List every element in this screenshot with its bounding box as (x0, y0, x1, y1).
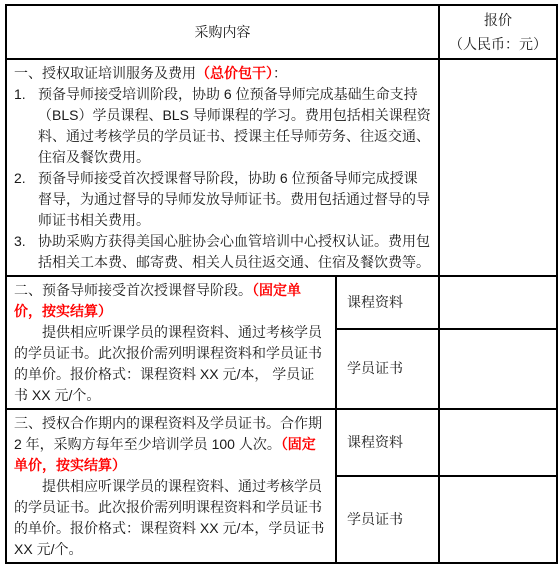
section-one-title-colon: ： (273, 65, 287, 81)
procurement-content-header-cell: 采购内容 (6, 5, 439, 59)
section-three-title-text: 三、授权合作期内的课程资料及学员证书。合作期 2 年，采购方每年至少培训学员 1… (14, 415, 322, 452)
header-row: 采购内容 报价 （人民币：元） (6, 5, 557, 59)
section-one-quote-cell[interactable] (439, 59, 557, 276)
item-number: 3. (14, 231, 38, 273)
section-three-course-materials-label-cell: 课程资料 (336, 409, 439, 476)
course-materials-label: 课程资料 (347, 434, 403, 450)
section-one-title: 一、授权取证培训服务及费用（总价包干）： (14, 63, 431, 84)
quote-header-title: 报价 (442, 8, 554, 32)
section-two-course-materials-label-cell: 课程资料 (336, 276, 439, 329)
section-three-content-cell: 三、授权合作期内的课程资料及学员证书。合作期 2 年，采购方每年至少培训学员 1… (6, 409, 336, 563)
item-number: 1. (14, 84, 38, 168)
section-two-title: 二、预备导师接受首次授课督导阶段。（固定单价，按实结算） (14, 280, 328, 322)
section-three-student-certificate-quote-cell[interactable] (439, 476, 557, 563)
quote-header-currency-unit: （人民币：元） (442, 32, 554, 56)
section-one-item-3: 3. 协助采购方获得美国心脏协会心血管培训中心授权认证。费用包括相关工本费、邮寄… (14, 231, 431, 273)
section-three-paragraph: 提供相应听课学员的课程资料、通过考核学员的学员证书。此次报价需列明课程资料和学员… (14, 476, 328, 560)
section-two-content-cell: 二、预备导师接受首次授课督导阶段。（固定单价，按实结算） 提供相应听课学员的课程… (6, 276, 336, 409)
section-one-item-2: 2. 预备导师接受首次授课督导阶段，协助 6 位预备导师完成授课督导，为通过督导… (14, 168, 431, 231)
course-materials-label: 课程资料 (347, 294, 403, 310)
section-two-paragraph: 提供相应听课学员的课程资料、通过考核学员的学员证书。此次报价需列明课程资料和学员… (14, 322, 328, 406)
section-two-row-course-materials: 二、预备导师接受首次授课督导阶段。（固定单价，按实结算） 提供相应听课学员的课程… (6, 276, 557, 329)
quote-header-cell: 报价 （人民币：元） (439, 5, 557, 59)
item-text: 预备导师接受培训阶段，协助 6 位预备导师完成基础生命支持（BLS）学员课程、B… (38, 84, 431, 168)
item-text: 预备导师接受首次授课督导阶段，协助 6 位预备导师完成授课督导，为通过督导的导师… (38, 168, 431, 231)
section-one-lump-sum-note: （总价包干） (196, 65, 273, 81)
item-number: 2. (14, 168, 38, 231)
section-one-content-cell: 一、授权取证培训服务及费用（总价包干）： 1. 预备导师接受培训阶段，协助 6 … (6, 59, 439, 276)
student-certificate-label: 学员证书 (347, 511, 403, 527)
section-one-row: 一、授权取证培训服务及费用（总价包干）： 1. 预备导师接受培训阶段，协助 6 … (6, 59, 557, 276)
section-three-course-materials-quote-cell[interactable] (439, 409, 557, 476)
section-two-course-materials-quote-cell[interactable] (439, 276, 557, 329)
section-three-student-certificate-label-cell: 学员证书 (336, 476, 439, 563)
procurement-quote-table: 采购内容 报价 （人民币：元） 一、授权取证培训服务及费用（总价包干）： 1. … (5, 4, 558, 564)
section-three-row-course-materials: 三、授权合作期内的课程资料及学员证书。合作期 2 年，采购方每年至少培训学员 1… (6, 409, 557, 476)
section-one-item-1: 1. 预备导师接受培训阶段，协助 6 位预备导师完成基础生命支持（BLS）学员课… (14, 84, 431, 168)
section-two-student-certificate-quote-cell[interactable] (439, 329, 557, 409)
section-one-title-text: 一、授权取证培训服务及费用 (14, 65, 196, 81)
procurement-content-header-label: 采购内容 (195, 24, 251, 40)
section-two-title-text: 二、预备导师接受首次授课督导阶段。 (14, 282, 252, 298)
section-two-student-certificate-label-cell: 学员证书 (336, 329, 439, 409)
section-three-title: 三、授权合作期内的课程资料及学员证书。合作期 2 年，采购方每年至少培训学员 1… (14, 413, 328, 476)
item-text: 协助采购方获得美国心脏协会心血管培训中心授权认证。费用包括相关工本费、邮寄费、相… (38, 231, 431, 273)
student-certificate-label: 学员证书 (347, 360, 403, 376)
